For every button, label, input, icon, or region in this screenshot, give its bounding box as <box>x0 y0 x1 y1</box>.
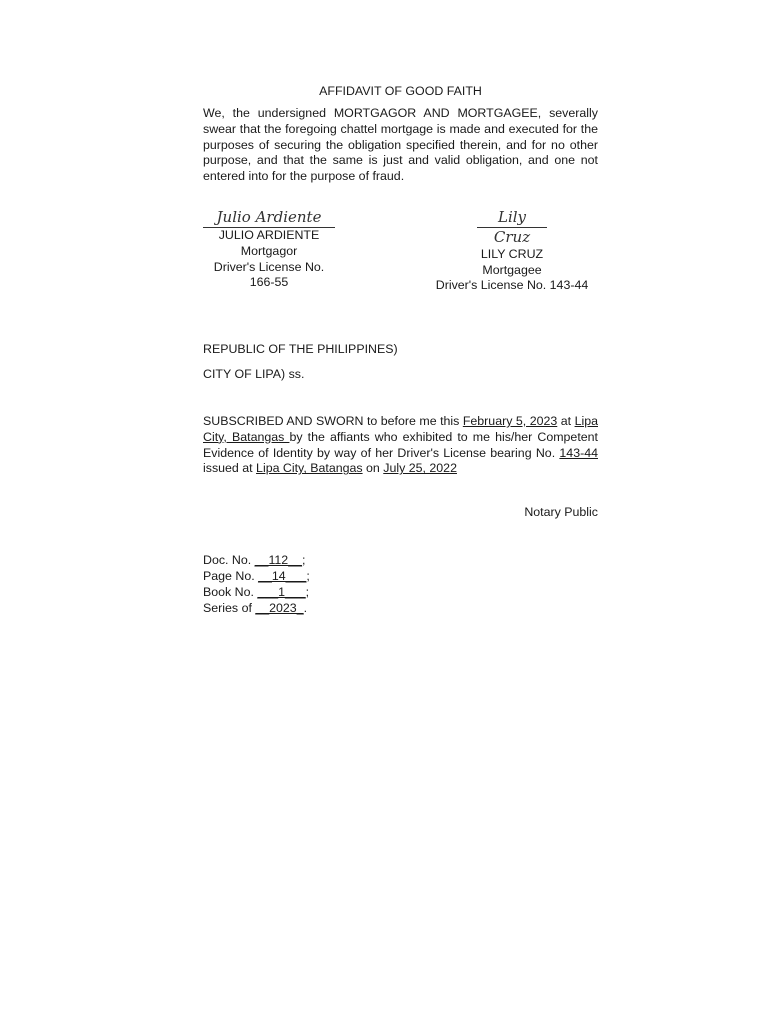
registry-label: Doc. No. <box>203 553 255 567</box>
registry-punct: . <box>304 601 307 615</box>
mortgagor-name: JULIO ARDIENTE <box>203 228 335 244</box>
mortgagor-role: Mortgagor <box>203 244 335 260</box>
jurat-text: issued at <box>203 461 256 475</box>
mortgagor-license: Driver's License No. 166-55 <box>203 260 335 292</box>
registry-label: Page No. <box>203 569 258 583</box>
jurat-date: February 5, 2023 <box>463 414 557 428</box>
mortgagee-role: Mortgagee <box>432 263 592 279</box>
registry-doc-no: Doc. No. __112__; <box>203 552 310 568</box>
registry-book-no: Book No. ___1___; <box>203 584 310 600</box>
jurat-text: on <box>363 461 384 475</box>
registry-value: __2023_ <box>255 601 303 615</box>
mortgagee-license: Driver's License No. 143-44 <box>432 278 592 294</box>
registry-series: Series of __2023_. <box>203 600 310 616</box>
registry-punct: ; <box>306 569 309 583</box>
mortgagor-signature: Julio Ardiente <box>203 207 335 228</box>
registry-punct: ; <box>306 585 309 599</box>
registry-value: __14___ <box>258 569 306 583</box>
registry-label: Book No. <box>203 585 257 599</box>
notarial-registry: Doc. No. __112__; Page No. __14___; Book… <box>203 552 310 616</box>
mortgagee-name: LILY CRUZ <box>432 247 592 263</box>
jurat-license-no: 143-44 <box>559 446 598 460</box>
document-title: AFFIDAVIT OF GOOD FAITH <box>203 84 598 98</box>
registry-label: Series of <box>203 601 255 615</box>
jurat-issued-date: July 25, 2022 <box>383 461 457 475</box>
registry-value: __112__ <box>255 553 302 567</box>
mortgagee-signature: Lily Cruz <box>477 207 547 228</box>
mortgagee-signature-block: Lily Cruz LILY CRUZ Mortgagee Driver's L… <box>432 207 592 294</box>
affidavit-paragraph: We, the undersigned MORTGAGOR AND MORTGA… <box>203 106 598 185</box>
jurat-paragraph: SUBSCRIBED AND SWORN to before me this F… <box>203 414 598 477</box>
registry-value: ___1___ <box>257 585 305 599</box>
venue-city: CITY OF LIPA) ss. <box>203 367 304 382</box>
mortgagor-signature-block: Julio Ardiente JULIO ARDIENTE Mortgagor … <box>203 207 335 291</box>
notary-public-label: Notary Public <box>524 505 598 519</box>
registry-punct: ; <box>302 553 305 567</box>
venue-country: REPUBLIC OF THE PHILIPPINES) <box>203 342 398 357</box>
jurat-text: SUBSCRIBED AND SWORN to before me this <box>203 414 463 428</box>
registry-page-no: Page No. __14___; <box>203 568 310 584</box>
jurat-text: at <box>557 414 574 428</box>
jurat-issued-place: Lipa City, Batangas <box>256 461 363 475</box>
